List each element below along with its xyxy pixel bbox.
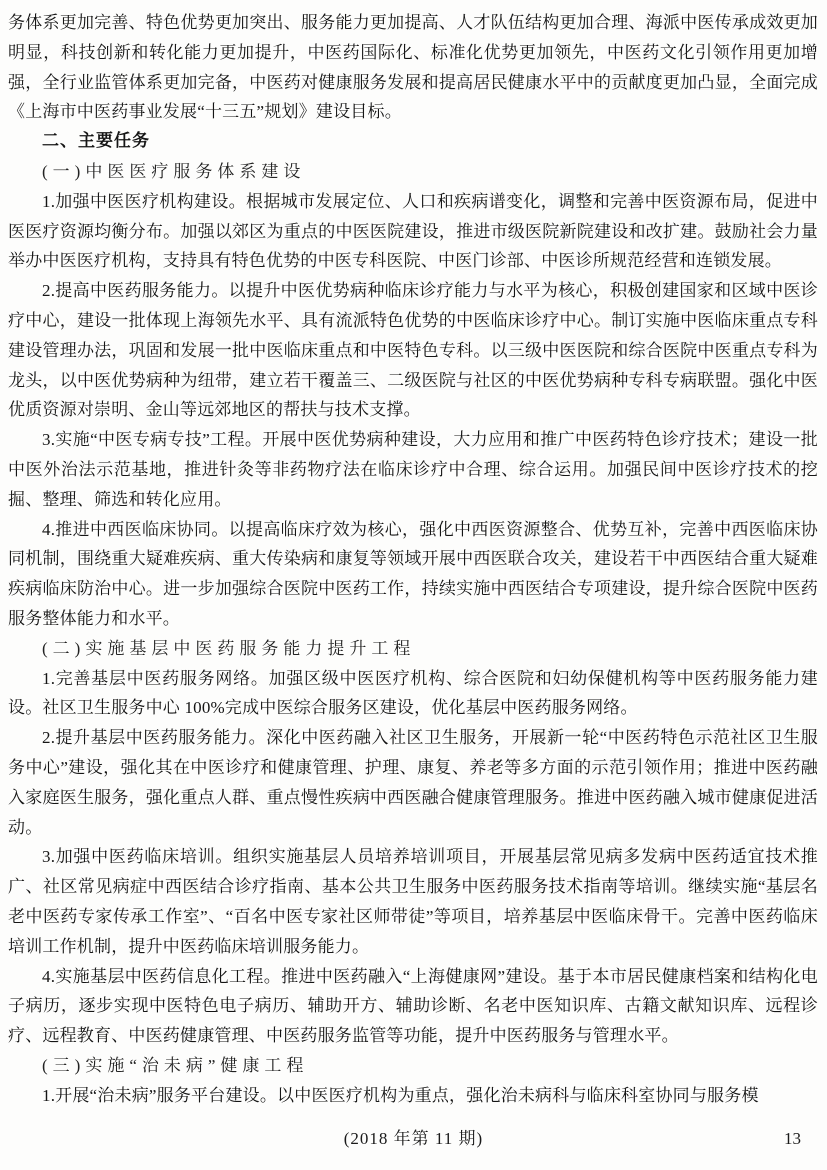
subsection-heading-1: (一)中医医疗服务体系建设 xyxy=(8,157,818,187)
paragraph: 2.提升基层中医药服务能力。深化中医药融入社区卫生服务，开展新一轮“中医药特色示… xyxy=(8,723,818,842)
paragraph: 4.推进中西医临床协同。以提高临床疗效为核心，强化中西医资源整合、优势互补，完善… xyxy=(8,515,818,634)
page-footer: (2018 年第 11 期) 13 xyxy=(0,1124,827,1154)
paragraph: 4.实施基层中医药信息化工程。推进中医药融入“上海健康网”建设。基于本市居民健康… xyxy=(8,962,818,1051)
paragraph: 2.提高中医药服务能力。以提升中医优势病种临床诊疗能力与水平为核心，积极创建国家… xyxy=(8,276,818,425)
journal-issue-label: (2018 年第 11 期) xyxy=(344,1129,483,1148)
subsection-heading-3: (三)实施“治未病”健康工程 xyxy=(8,1051,818,1081)
paragraph-truncated: 1.开展“治未病”服务平台建设。以中医医疗机构为重点，强化治未病科与临床科室协同… xyxy=(8,1081,818,1111)
paragraph: 3.加强中医药临床培训。组织实施基层人员培养培训项目，开展基层常见病多发病中医药… xyxy=(8,842,818,961)
scanned-document-page: 务体系更加完善、特色优势更加突出、服务能力更加提高、人才队伍结构更加合理、海派中… xyxy=(0,0,827,1170)
paragraph: 1.完善基层中医药服务网络。加强区级中医医疗机构、综合医院和妇幼保健机构等中医药… xyxy=(8,664,818,724)
document-body: 务体系更加完善、特色优势更加突出、服务能力更加提高、人才队伍结构更加合理、海派中… xyxy=(8,8,818,1110)
page-number: 13 xyxy=(784,1124,801,1154)
paragraph: 1.加强中医医疗机构建设。根据城市发展定位、人口和疾病谱变化，调整和完善中医资源… xyxy=(8,187,818,276)
subsection-heading-2: (二)实施基层中医药服务能力提升工程 xyxy=(8,634,818,664)
paragraph-continuation: 务体系更加完善、特色优势更加突出、服务能力更加提高、人才队伍结构更加合理、海派中… xyxy=(8,8,818,127)
paragraph: 3.实施“中医专病专技”工程。开展中医优势病种建设，大力应用和推广中医药特色诊疗… xyxy=(8,425,818,514)
section-heading-main-tasks: 二、主要任务 xyxy=(8,127,818,157)
